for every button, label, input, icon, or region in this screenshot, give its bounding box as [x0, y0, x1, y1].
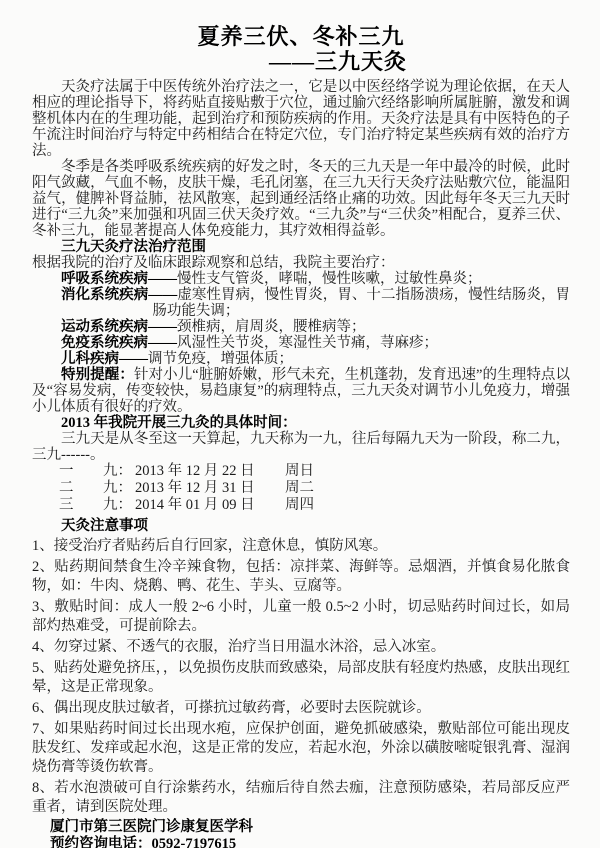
paragraph-intro: 天灸疗法属于中医传统外治疗法之一，它是以中医经络学说为理论依据，在天人相应的理论… [32, 79, 570, 159]
footer-contact: 预约咨询电话：0592-7197615 [32, 836, 570, 848]
section-heading-scope: 三九天灸疗法治疗范围 [32, 239, 570, 255]
doc-title-line1: 夏养三伏、冬补三九 [32, 24, 570, 49]
disease-text: 虚寒性胃病，慢性胃炎，胃、十二指肠溃疡，慢性结肠炎，胃肠功能失调； [152, 287, 570, 319]
note-item: 6、偶出现皮肤过敏者，可搽抗过敏药膏，必要时去医院就诊。 [32, 699, 570, 718]
doc-title-line2: ——三九天灸 [32, 49, 570, 74]
disease-label: 消化系统疾病—— [61, 287, 177, 303]
note-item: 8、若水泡溃破可自行涂紫药水，结痂后待自然去痂，注意预防感染，若局部反应严重者，… [32, 779, 570, 817]
paragraph-winter: 冬季是各类呼吸系统疾病的好发之时，冬天的三九天是一年中最冷的时候，此时阳气敛藏，… [32, 159, 570, 239]
schedule-weekday: 周日 [285, 463, 314, 480]
note-item: 5、贴药处避免挤压，，以免损伤皮肤而致感染，局部皮肤有轻度灼热感，皮肤出现红晕，… [32, 659, 570, 697]
schedule-nine-label: 九： [103, 480, 135, 497]
schedule-weekday: 周二 [285, 480, 314, 497]
disease-label: 呼吸系统疾病—— [61, 271, 177, 287]
note-item: 3、敷贴时间：成人一般 2~6 小时，儿童一般 0.5~2 小时，切忌贴药时间过… [32, 598, 570, 636]
note-item: 2、贴药期间禁食生冷辛辣食物，包括：凉拌菜、海鲜等。忌烟酒，并慎食易化脓食物，如… [32, 558, 570, 596]
scope-lead: 根据我院的治疗及临床跟踪观察和总结，我院主要治疗： [32, 255, 570, 271]
disease-text: 颈椎病，肩周炎，腰椎病等； [177, 319, 366, 335]
notes-list: 1、接受治疗者贴药后自行回家，注意休息，慎防风寒。 2、贴药期间禁食生冷辛辣食物… [32, 537, 570, 817]
note-item: 4、勿穿过紧、不透气的衣服，治疗当日用温水沐浴，忌入冰室。 [32, 638, 570, 657]
disease-list: 呼吸系统疾病——慢性支气管炎，哮喘，慢性咳嗽，过敏性鼻炎； 消化系统疾病——虚寒… [32, 271, 570, 367]
schedule-date: 2013 年 12 月 31 日 [135, 480, 285, 497]
schedule-row: 一 九： 2013 年 12 月 22 日 周日 [32, 463, 570, 480]
disease-item: 运动系统疾病——颈椎病，肩周炎，腰椎病等； [32, 319, 570, 335]
disease-text: 慢性支气管炎，哮喘，慢性咳嗽，过敏性鼻炎； [177, 271, 482, 287]
reminder-label: 特别提醒： [61, 367, 134, 383]
schedule-row: 三 九： 2014 年 01 月 09 日 周四 [32, 497, 570, 514]
schedule-table: 一 九： 2013 年 12 月 22 日 周日 二 九： 2013 年 12 … [32, 463, 570, 514]
footer-department: 厦门市第三医院门诊康复医学科 [32, 819, 570, 836]
schedule-weekday: 周四 [285, 497, 314, 514]
disease-item: 儿科疾病——调节免疫，增强体质； [32, 351, 570, 367]
disease-text: 调节免疫，增强体质； [148, 351, 293, 367]
disease-text: 风湿性关节炎，寒湿性关节痛，荨麻疹； [177, 335, 438, 351]
disease-item: 消化系统疾病——虚寒性胃病，慢性胃炎，胃、十二指肠溃疡，慢性结肠炎，胃肠功能失调… [32, 287, 570, 319]
special-reminder: 特别提醒：针对小儿“脏腑娇嫩，形气未充，生机蓬勃，发育迅速”的生理特点以及“容易… [32, 367, 570, 415]
disease-label: 运动系统疾病—— [61, 319, 177, 335]
schedule-nine-label: 九： [103, 497, 135, 514]
schedule-ordinal: 一 [59, 463, 103, 480]
schedule-date: 2014 年 01 月 09 日 [135, 497, 285, 514]
document-page: 夏养三伏、冬补三九 ——三九天灸 天灸疗法属于中医传统外治疗法之一，它是以中医经… [0, 0, 600, 848]
footer-phone-number: 0592-7197615 [152, 836, 237, 848]
disease-label: 免疫系统疾病—— [61, 335, 177, 351]
schedule-ordinal: 三 [59, 497, 103, 514]
footer-phone-label: 预约咨询电话： [50, 836, 152, 848]
schedule-ordinal: 二 [59, 480, 103, 497]
schedule-row: 二 九： 2013 年 12 月 31 日 周二 [32, 480, 570, 497]
section-heading-schedule: 2013 年我院开展三九灸的具体时间： [32, 415, 570, 431]
note-item: 7、如果贴药时间过长出现水疱，应保护创面，避免抓破感染，敷贴部位可能出现皮肤发红… [32, 720, 570, 777]
schedule-nine-label: 九： [103, 463, 135, 480]
disease-label: 儿科疾病—— [61, 351, 148, 367]
section-heading-notes: 天灸注意事项 [32, 518, 570, 534]
schedule-date: 2013 年 12 月 22 日 [135, 463, 285, 480]
disease-item: 呼吸系统疾病——慢性支气管炎，哮喘，慢性咳嗽，过敏性鼻炎； [32, 271, 570, 287]
disease-item: 免疫系统疾病——风湿性关节炎，寒湿性关节痛，荨麻疹； [32, 335, 570, 351]
schedule-intro: 三九天是从冬至这一天算起，九天称为一九，往后每隔九天为一阶段，称二九，三九---… [32, 431, 570, 463]
note-item: 1、接受治疗者贴药后自行回家，注意休息，慎防风寒。 [32, 537, 570, 556]
